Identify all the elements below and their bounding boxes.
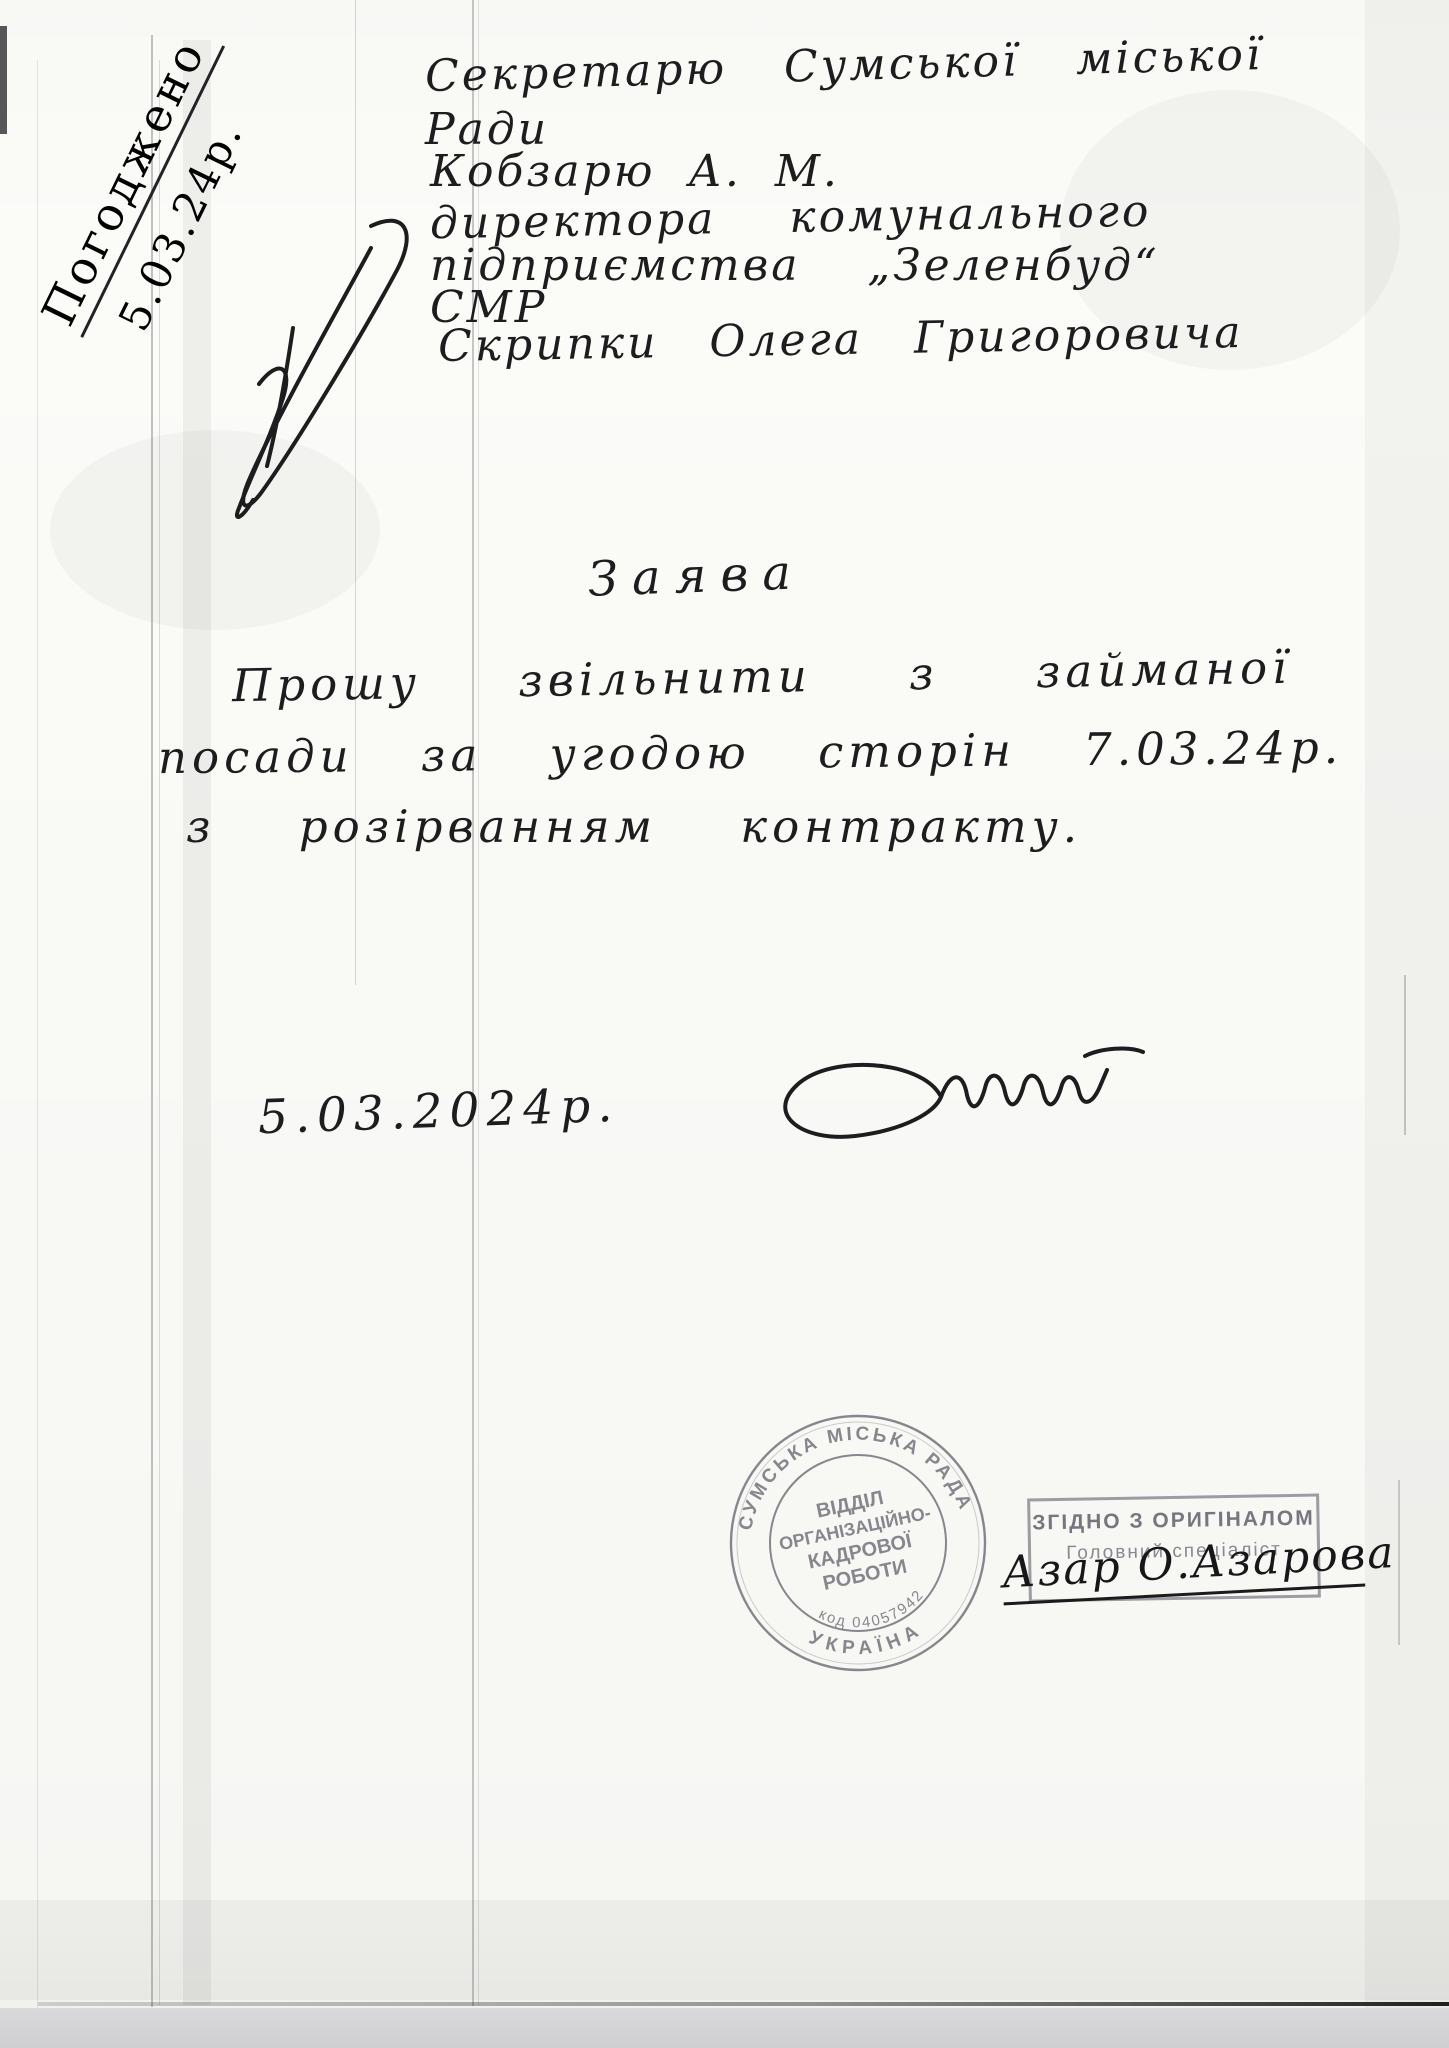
scan-edge-mark-top-left [0, 26, 7, 134]
body-line: посади за угодою сторін 7.03.24р. [158, 721, 1343, 784]
certification-stamp-line1: ЗГІДНО З ОРИГІНАЛОМ [1030, 1507, 1316, 1536]
scan-paper-edge-line-left [37, 60, 38, 2008]
visa-signature-stroke [175, 208, 425, 528]
body-line: з розірванням контракту. [186, 800, 1082, 853]
recipient-line: Секретарю Сумської міської [424, 29, 1263, 102]
round-stamp: СУМСЬКА МІСЬКА РАДА УКРАЇНА ВІДДІЛ ОРГАН… [712, 1397, 1005, 1690]
applicant-signature-stroke [735, 1040, 1215, 1170]
scan-bottom-strip [0, 2008, 1449, 2048]
scan-shade-right-column [1365, 0, 1449, 2010]
scan-fold-line-left-twin [159, 60, 160, 2005]
scanned-document-page: { "colors": { "ink": "#1d1d20", "stamp_i… [0, 0, 1449, 2048]
round-stamp-ring-top-text: СУМСЬКА МІСЬКА РАДА [727, 1413, 977, 1534]
scan-edge-line-right [1404, 975, 1406, 1135]
scan-bottom-edge-line [38, 2002, 1449, 2006]
svg-text:СУМСЬКА МІСЬКА РАДА: СУМСЬКА МІСЬКА РАДА [727, 1413, 977, 1534]
document-title: Заява [587, 544, 806, 608]
signature-date: 5.03.2024р. [257, 1078, 620, 1146]
scan-mark-right-stamp-area [1398, 1480, 1400, 1645]
recipient-line: Кобзарю А. М. [430, 146, 840, 197]
recipient-line: Скрипки Олега Григоровича [438, 307, 1244, 372]
body-line: Прошу звільнити з займаної [232, 641, 1292, 712]
scan-shade-bottom-band [0, 1900, 1449, 2000]
